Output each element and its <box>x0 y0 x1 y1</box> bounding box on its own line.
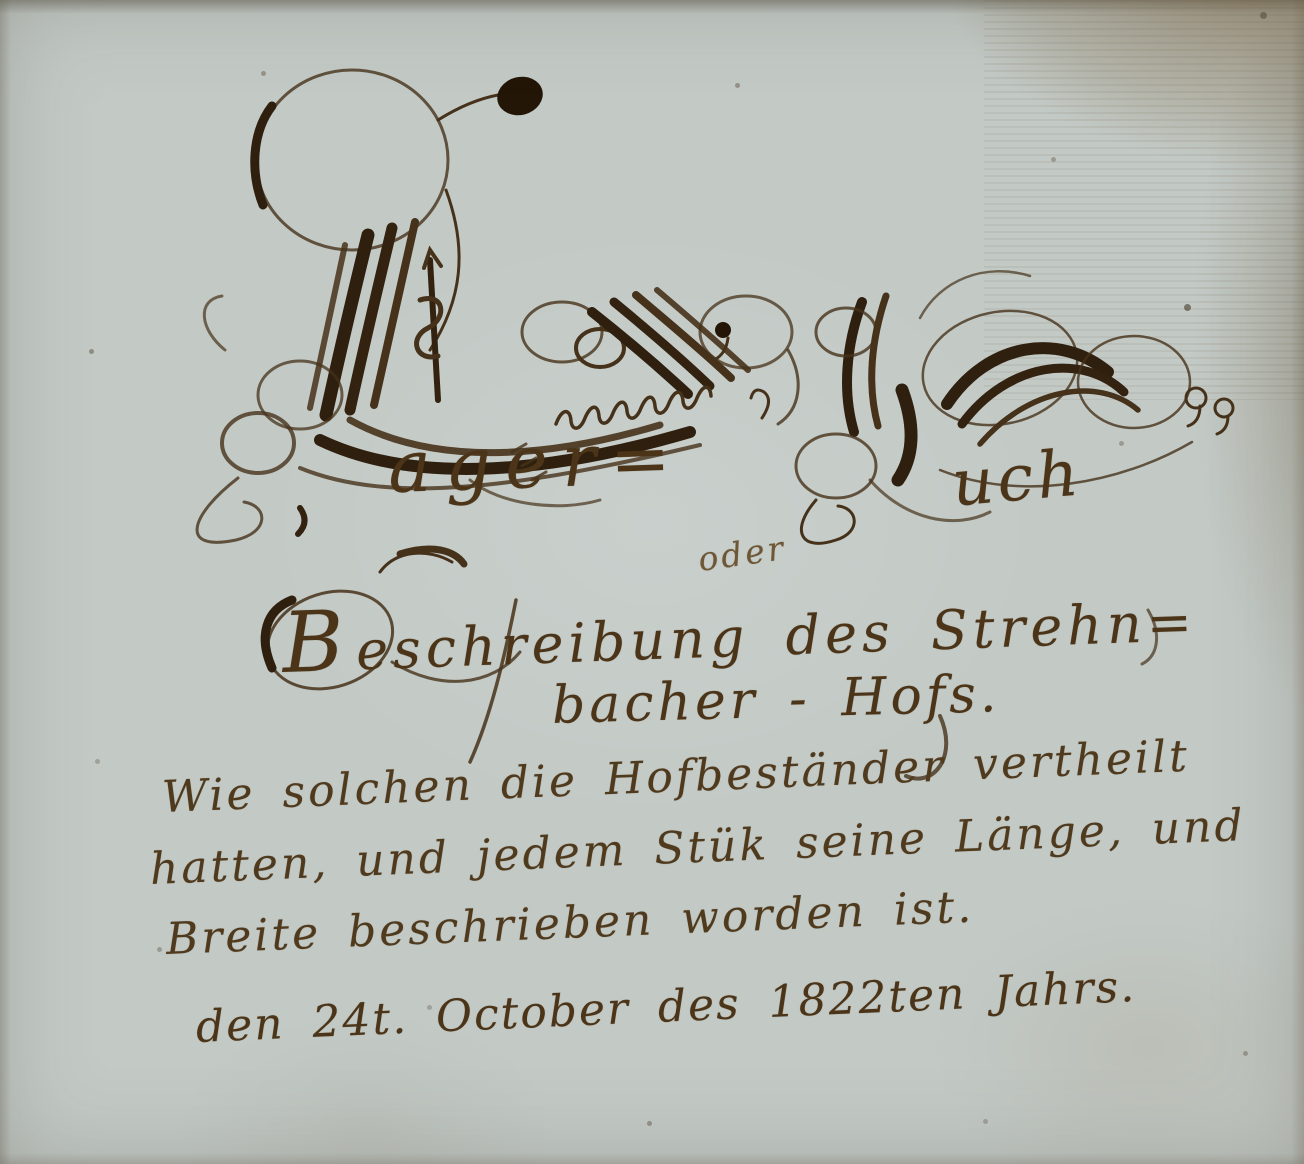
subtitle-line2: bacher - Hofs. <box>551 664 1001 736</box>
title-flourish-mid <box>522 290 798 428</box>
title-word-buch-rest: uch <box>949 436 1085 521</box>
manuscript-page: ager= uch oder Beschreibung des Strehn= … <box>0 0 1304 1164</box>
ink-blot <box>493 72 547 121</box>
title-word-lager-rest: ager= <box>387 415 686 509</box>
